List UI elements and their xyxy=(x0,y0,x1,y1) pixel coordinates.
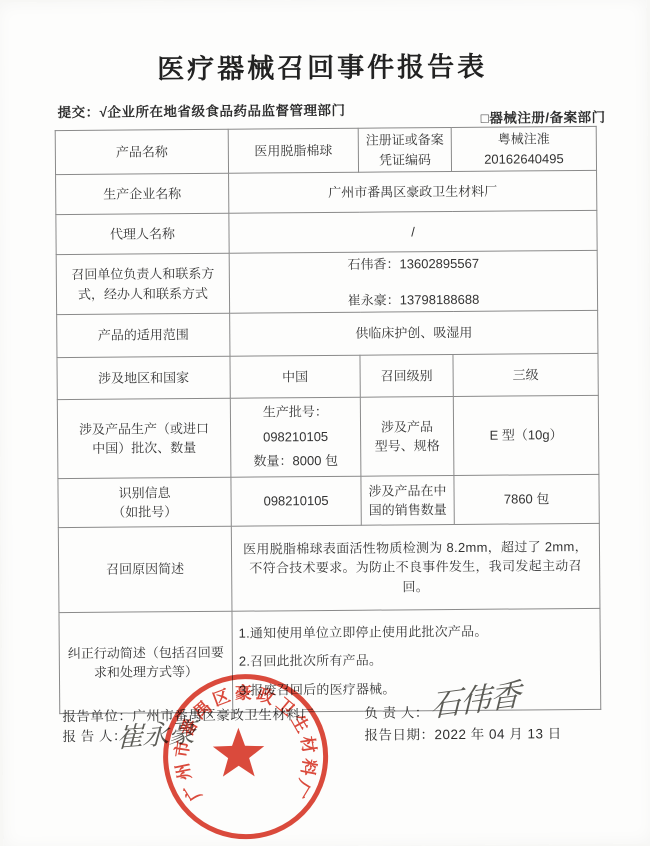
batch-number: 生产批号：098210105 xyxy=(237,400,354,450)
product-name-label: 产品名称 xyxy=(55,129,228,174)
model-value: E 型（10g） xyxy=(453,395,599,475)
agent-value: / xyxy=(229,210,597,253)
batch-quantity: 数量：8000 包 xyxy=(237,449,354,475)
recall-report-table: 产品名称 医用脱脂棉球 注册证或备案 凭证编码 粤械注准 20162640495… xyxy=(55,126,602,714)
contact-label-line2: 式，经办人和联系方式 xyxy=(63,283,223,304)
batch-label: 涉及产品生产（或进口 中国）批次、数量 xyxy=(57,398,231,478)
manufacturer-label: 生产企业名称 xyxy=(56,173,229,214)
registration-label-line1: 注册证或备案 xyxy=(365,130,445,150)
recall-level-label: 召回级别 xyxy=(360,354,453,397)
registration-label: 注册证或备案 凭证编码 xyxy=(358,127,451,172)
contact-person-1: 石伟香：13602895567 xyxy=(236,253,591,275)
date-line: 报告日期：2022 年 04 月 13 日 xyxy=(364,722,561,744)
contact-person-2: 崔永豪：13798188688 xyxy=(236,288,591,310)
contact-label: 召回单位负责人和联系方 式，经办人和联系方式 xyxy=(56,253,229,314)
registration-value: 粤械注准 20162640495 xyxy=(451,126,596,171)
actions-label-line1: 纠正行动简述（包括召回要 xyxy=(66,642,226,663)
row-product: 产品名称 医用脱脂棉球 注册证或备案 凭证编码 粤械注准 20162640495 xyxy=(55,126,596,174)
row-manufacturer: 生产企业名称 广州市番禺区豪政卫生材料厂 xyxy=(56,170,597,214)
manufacturer-value: 广州市番禺区豪政卫生材料厂 xyxy=(229,170,597,213)
contact-label-line1: 召回单位负责人和联系方 xyxy=(63,264,223,285)
sales-label-line2: 国的销售数量 xyxy=(368,500,448,520)
submit-line-right: □器械注册/备案部门 xyxy=(481,106,606,127)
product-name-value: 医用脱脂棉球 xyxy=(228,128,358,173)
report-date-value: 2022 年 04 月 13 日 xyxy=(434,726,561,742)
row-ident: 识别信息 （如批号） 098210105 涉及产品在中 国的销售数量 7860 … xyxy=(58,474,599,527)
ident-value: 098210105 xyxy=(231,476,361,526)
row-contact: 召回单位负责人和联系方 式，经办人和联系方式 石伟香：13602895567 崔… xyxy=(56,250,597,314)
reason-label: 召回原因简述 xyxy=(58,526,232,612)
submit-dept-provincial: 企业所在地省级食品药品监督管理部门 xyxy=(107,103,345,120)
check-mark-icon: √ xyxy=(99,105,107,120)
red-star-icon xyxy=(213,727,265,776)
contact-value: 石伟香：13602895567 崔永豪：13798188688 xyxy=(229,250,597,313)
sales-label-line1: 涉及产品在中 xyxy=(367,481,447,501)
footer: 报告单位：广州市番禺区豪政卫生材料厂 报 告 人： 负 责 人： 报告日期：20… xyxy=(0,0,647,3)
row-scope: 产品的适用范围 供临床护创、吸湿用 xyxy=(57,310,598,357)
head-line: 负 责 人： xyxy=(364,701,429,722)
company-seal: 广州市番禺区豪政卫生材料厂 xyxy=(150,666,351,846)
svg-text:广州市番禺区豪政卫生材料厂: 广州市番禺区豪政卫生材料厂 xyxy=(170,682,320,805)
agent-label: 代理人名称 xyxy=(56,213,229,254)
sales-value: 7860 包 xyxy=(454,474,599,524)
batch-label-line2: 中国）批次、数量 xyxy=(64,438,224,459)
model-label-line1: 涉及产品 xyxy=(367,417,447,437)
submit-line: 提交：√企业所在地省级食品药品监督管理部门 xyxy=(57,99,345,121)
recall-level-value: 三级 xyxy=(453,353,598,396)
batch-value: 生产批号：098210105 数量：8000 包 xyxy=(230,397,361,477)
submit-dept-registration: 器械注册/备案部门 xyxy=(489,110,605,126)
ident-label-line2: （如批号） xyxy=(65,502,225,523)
ident-label: 识别信息 （如批号） xyxy=(58,477,231,527)
batch-label-line1: 涉及产品生产（或进口 xyxy=(64,418,224,439)
submit-prefix: 提交： xyxy=(57,105,99,120)
action-1: 1.通知使用单位立即停止使用此批次产品。 xyxy=(239,621,594,643)
registration-label-line2: 凭证编码 xyxy=(365,150,445,170)
scanned-report-form: 医疗器械召回事件报告表 提交：√企业所在地省级食品药品监督管理部门 □器械注册/… xyxy=(0,0,650,846)
seal-text: 广州市番禺区豪政卫生材料厂 xyxy=(170,682,320,805)
row-region: 涉及地区和国家 中国 召回级别 三级 xyxy=(57,353,598,399)
row-batch: 涉及产品生产（或进口 中国）批次、数量 生产批号：098210105 数量：80… xyxy=(57,395,599,478)
checkbox-icon: □ xyxy=(481,111,490,126)
region-label: 涉及地区和国家 xyxy=(57,356,230,399)
sales-label: 涉及产品在中 国的销售数量 xyxy=(361,476,454,526)
region-value: 中国 xyxy=(230,355,360,398)
page-title: 医疗器械召回事件报告表 xyxy=(0,43,647,87)
report-date-label: 报告日期： xyxy=(364,727,434,743)
ident-label-line1: 识别信息 xyxy=(64,482,224,503)
row-agent: 代理人名称 / xyxy=(56,210,597,254)
head-label: 负 责 人： xyxy=(364,705,429,721)
scope-value: 供临床护创、吸湿用 xyxy=(230,310,598,356)
row-reason: 召回原因简述 医用脱脂棉球表面活性物质检测为 8.2mm，超过了 2mm，不符合… xyxy=(58,523,600,612)
scope-label: 产品的适用范围 xyxy=(57,313,230,357)
model-label-line2: 型号、规格 xyxy=(367,436,447,456)
model-label: 涉及产品 型号、规格 xyxy=(360,396,454,476)
reason-value: 医用脱脂棉球表面活性物质检测为 8.2mm，超过了 2mm，不符合技术要求。为防… xyxy=(231,523,600,611)
